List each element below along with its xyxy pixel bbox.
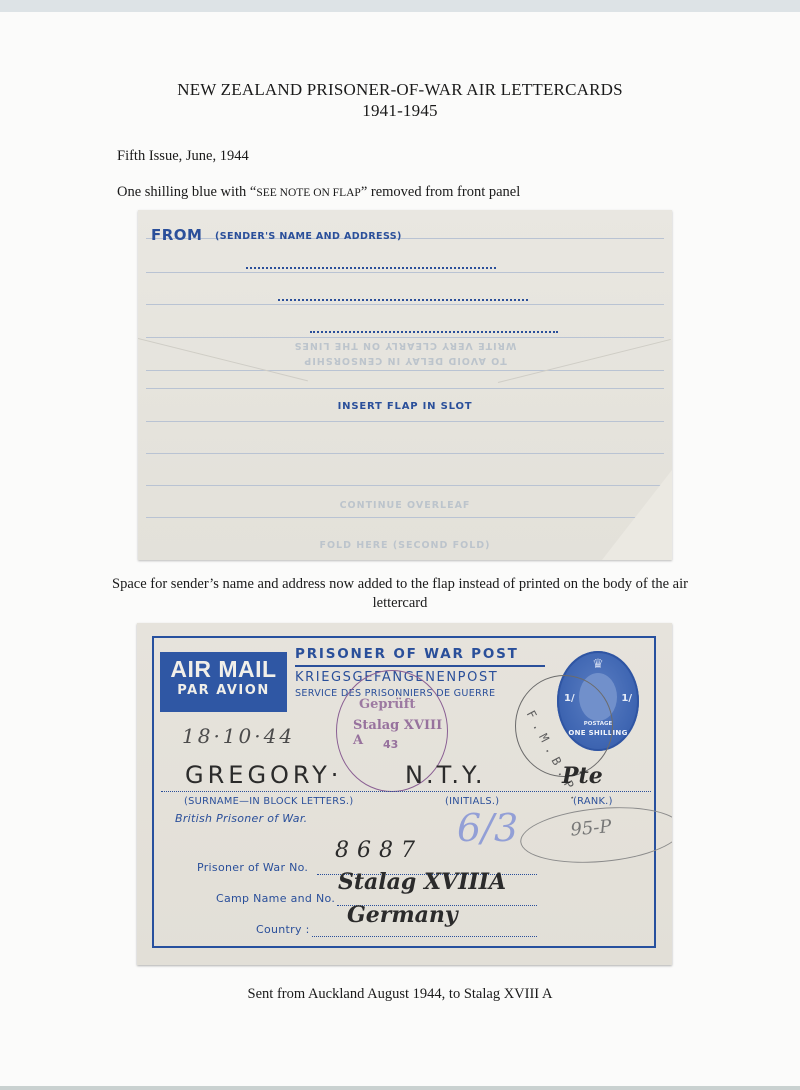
ruled-line <box>146 421 664 422</box>
scan-edge-top <box>0 0 800 12</box>
blue-crayon-mark: 6/3 <box>457 806 518 850</box>
british-pow-label: British Prisoner of War. <box>175 812 307 825</box>
airmail-text: AIR MAIL <box>160 656 287 682</box>
censor-line-2: Stalag XVIII A <box>353 718 447 748</box>
handwritten-camp: Stalag XVIIIA <box>338 869 506 895</box>
address-line-3 <box>310 331 558 333</box>
ruled-line <box>146 337 664 338</box>
lettercard-flap-side: FROM (SENDER'S NAME AND ADDRESS) WRITE V… <box>138 210 672 560</box>
from-label: FROM <box>151 226 202 244</box>
desc-suffix: ” removed from front panel <box>361 184 520 200</box>
postmark-cancellation: F.M.B.P. <box>515 675 613 777</box>
insert-flap-instruction: INSERT FLAP IN SLOT <box>138 401 672 412</box>
ruled-line <box>146 272 664 273</box>
folded-corner <box>602 470 672 560</box>
from-sublabel: (SENDER'S NAME AND ADDRESS) <box>215 231 402 242</box>
ruled-line <box>146 485 664 486</box>
name-dotted-line <box>161 791 651 792</box>
censor-line-3: 43 <box>383 738 398 751</box>
pow-number-label: Prisoner of War No. <box>197 861 308 874</box>
issue-heading: Fifth Issue, June, 1944 <box>117 148 249 165</box>
country-line <box>312 936 537 937</box>
handwritten-pow-number: 8687 <box>335 838 423 863</box>
ruled-line <box>146 388 664 389</box>
desc-prefix: One shilling blue with “ <box>117 184 256 200</box>
handwritten-rank: Pte <box>562 763 603 789</box>
ruled-line <box>146 453 664 454</box>
par-avion-text: PAR AVION <box>160 682 287 700</box>
ruled-line <box>146 304 664 305</box>
showthrough-text: CONTINUE OVERLEAF <box>138 500 672 511</box>
header-english: PRISONER OF WAR POST <box>295 646 519 662</box>
showthrough-text: TO AVOID DELAY IN CENSORSHIP <box>138 355 672 366</box>
crown-icon: ♛ <box>557 657 639 672</box>
showthrough-text: WRITE VERY CLEARLY ON THE LINES <box>138 340 672 351</box>
stamp-value-right: 1/ <box>621 693 632 704</box>
handwritten-date: 18·10·44 <box>182 724 295 748</box>
page-title: NEW ZEALAND PRISONER-OF-WAR AIR LETTERCA… <box>0 80 800 100</box>
issue-description: One shilling blue with “SEE NOTE ON FLAP… <box>117 184 520 201</box>
lettercard-address-side: AIR MAIL PAR AVION PRISONER OF WAR POST … <box>137 623 672 965</box>
header-rule <box>295 665 545 667</box>
page-subtitle-years: 1941-1945 <box>0 101 800 121</box>
handwritten-country: Germany <box>347 902 458 928</box>
ruled-line <box>146 370 664 371</box>
caption-flap: Space for sender’s name and address now … <box>0 575 800 613</box>
handwritten-surname: GREGORY· <box>185 761 342 789</box>
pencil-text: 95-P <box>570 816 613 841</box>
airmail-label-box: AIR MAIL PAR AVION <box>160 652 287 712</box>
showthrough-text: FOLD HERE (SECOND FOLD) <box>138 540 672 551</box>
caption-bottom: Sent from Auckland August 1944, to Stala… <box>0 985 800 1004</box>
camp-label: Camp Name and No. <box>216 892 335 905</box>
handwritten-initials: N.T.Y. <box>405 761 485 789</box>
country-label: Country : <box>256 923 310 936</box>
ruled-line <box>146 517 664 518</box>
censor-line-1: Geprüft <box>359 697 415 712</box>
address-line-2 <box>278 299 528 301</box>
desc-smallcaps: SEE NOTE ON FLAP <box>256 187 360 199</box>
surname-label: (SURNAME—IN BLOCK LETTERS.) <box>184 796 353 807</box>
rank-label: (RANK.) <box>573 796 613 807</box>
scan-edge-bottom <box>0 1086 800 1090</box>
address-line-1 <box>246 267 496 269</box>
